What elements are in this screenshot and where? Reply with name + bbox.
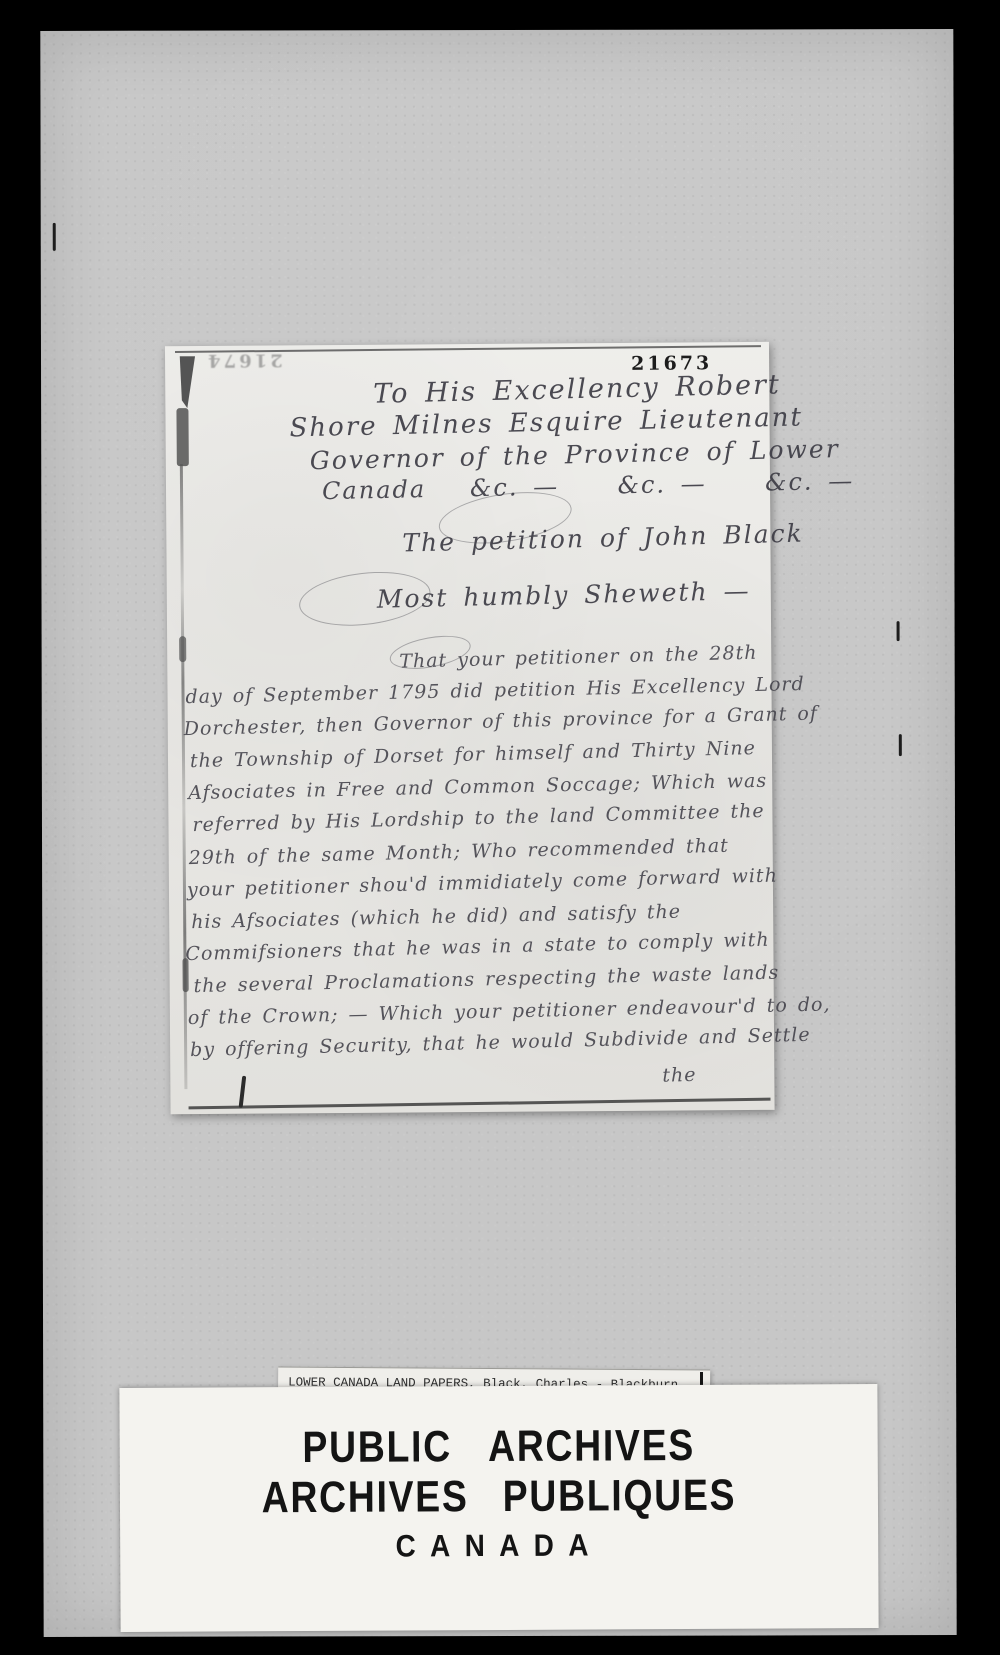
archives-card-french-title: ARCHIVES PUBLIQUES	[177, 1470, 822, 1523]
sheweth-line: Most humbly Sheweth —	[376, 576, 750, 614]
film-scratch	[53, 223, 56, 251]
handwritten-body-line: Dorchester, then Governor of this provin…	[184, 702, 819, 740]
handwritten-body-line: referred by His Lordship to the land Com…	[192, 800, 765, 836]
film-scratch	[897, 621, 900, 641]
archives-card: PUBLIC ARCHIVES ARCHIVES PUBLIQUES CANAD…	[119, 1384, 878, 1632]
archives-card-country: CANADA	[158, 1526, 840, 1566]
handwritten-body-line: your petitioner shou'd immidiately come …	[187, 864, 778, 901]
handwritten-body-line: Commifsioners that he was in a state to …	[185, 929, 770, 965]
handwritten-body-line: day of September 1795 did petition His E…	[185, 673, 805, 708]
film-scratch	[899, 734, 902, 756]
binding-shadow	[179, 636, 186, 662]
catchword: the	[662, 1064, 697, 1087]
handwritten-body-line: the Township of Dorset for himself and T…	[190, 737, 756, 772]
handwritten-body-line: his Afsociates (which he did) and satisf…	[191, 901, 681, 933]
paper-bottom-edge	[189, 1098, 771, 1110]
handwritten-body-line: Afsociates in Free and Common Soccage; W…	[188, 770, 767, 804]
handwritten-body-line: the several Proclamations respecting the…	[193, 962, 779, 997]
archives-card-english-title: PUBLIC ARCHIVES	[176, 1420, 821, 1473]
handwritten-body-line: of the Crown; — Which your petitioner en…	[188, 993, 831, 1029]
paper-left-edge	[180, 464, 188, 1089]
binding-shadow	[177, 356, 195, 408]
microfilm-frame: 21674 21673 To His Excellency Robert Sho…	[0, 0, 1000, 1655]
handwritten-body-line: by offering Security, that he would Subd…	[190, 1024, 811, 1061]
handwritten-body-line: 29th of the same Month; Who recommended …	[188, 835, 729, 869]
binding-shadow	[176, 408, 188, 466]
bleedthrough-page-number: 21674	[205, 349, 283, 371]
paper-tear-mark	[239, 1076, 247, 1108]
petition-paper: 21674 21673 To His Excellency Robert Sho…	[165, 342, 775, 1114]
